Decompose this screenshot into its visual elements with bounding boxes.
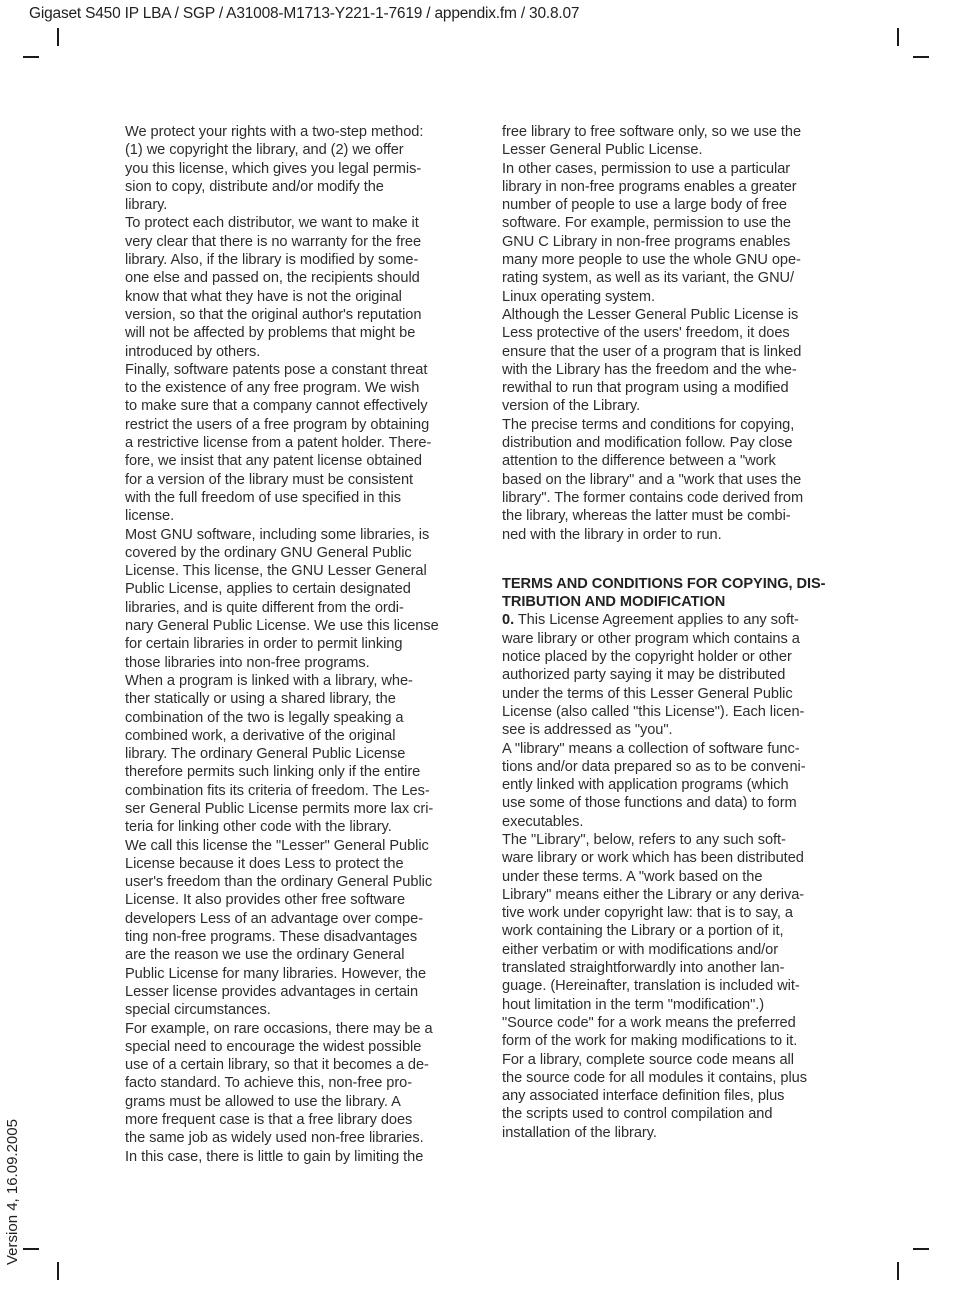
license-paragraph: free library to free software only, so w… [502,123,835,160]
license-paragraph: We protect your rights with a two-step m… [125,123,458,214]
left-column: We protect your rights with a two-step m… [125,123,458,1166]
license-paragraph: We call this license the "Lesser" Genera… [125,837,458,1020]
license-paragraph: To protect each distributor, we want to … [125,214,458,360]
license-paragraph: In other cases, permission to use a part… [502,160,835,306]
crop-mark-bottom-right-horizontal [913,1248,929,1250]
license-paragraph: "Source code" for a work means the prefe… [502,1014,835,1142]
license-paragraph: For example, on rare occasions, there ma… [125,1020,458,1166]
version-sidebar-label: Version 4, 16.09.2005 [5,1119,20,1265]
manual-page: Gigaset S450 IP LBA / SGP / A31008-M1713… [0,0,954,1307]
license-text-body: We protect your rights with a two-step m… [125,123,835,1166]
document-header: Gigaset S450 IP LBA / SGP / A31008-M1713… [29,5,579,23]
crop-mark-bottom-right-vertical [897,1262,899,1280]
license-paragraph: Most GNU software, including some librar… [125,526,458,672]
crop-mark-top-right-vertical [897,28,899,46]
clause-number: 0. [502,612,514,628]
crop-mark-bottom-left-vertical [57,1262,59,1280]
crop-mark-top-left-horizontal [23,56,39,58]
crop-mark-top-right-horizontal [913,56,929,58]
license-paragraph: A "library" means a collection of softwa… [502,740,835,831]
license-paragraph: When a program is linked with a library,… [125,672,458,837]
crop-mark-bottom-left-horizontal [23,1248,39,1250]
license-paragraph: Although the Lesser General Public Licen… [502,306,835,416]
crop-mark-top-left-vertical [57,28,59,46]
right-column: free library to free software only, so w… [502,123,835,1166]
license-paragraph: 0. This License Agreement applies to any… [502,611,835,739]
license-paragraph: Finally, software patents pose a constan… [125,361,458,526]
license-paragraph: The "Library", below, refers to any such… [502,831,835,1014]
license-paragraph: The precise terms and conditions for cop… [502,416,835,544]
section-heading: TERMS AND CONDITIONS FOR COPYING, DIS- T… [502,575,835,612]
